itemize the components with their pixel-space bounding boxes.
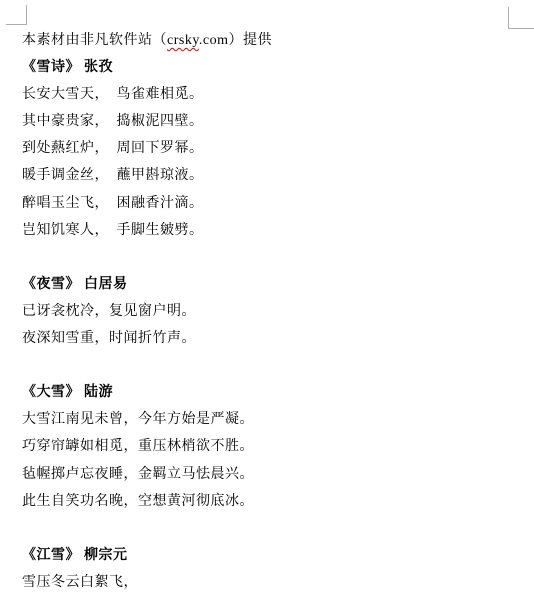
poem-line: 大雪江南见未曾，今年方始是严凝。 xyxy=(22,406,502,433)
empty-paragraph xyxy=(22,244,502,271)
poem-line: 到处爇红炉， 周回下罗幂。 xyxy=(22,135,502,162)
poem-title-xueshi: 《雪诗》 张孜 xyxy=(22,54,502,81)
poem-title-jiangxue: 《江雪》 柳宗元 xyxy=(22,542,502,569)
poem-author: 白居易 xyxy=(84,277,128,292)
text-boundary-mark-top-right xyxy=(508,7,534,29)
poem-line: 巧穿帘罅如相觅，重压林梢欲不胜。 xyxy=(22,433,502,460)
provider-url-misspelled: crsky xyxy=(167,33,199,48)
poem-title-yexue: 《夜雪》 白居易 xyxy=(22,271,502,298)
poem-title-text: 《大雪》 xyxy=(22,385,80,400)
poem-line: 已讶衾枕冷，复见窗户明。 xyxy=(22,298,502,325)
poem-line: 醉唱玉尘飞， 困融香汁滴。 xyxy=(22,190,502,217)
poem-line: 夜深知雪重，时闻折竹声。 xyxy=(22,325,502,352)
poem-title-text: 《雪诗》 xyxy=(22,60,80,75)
poem-line: 雪压冬云白絮飞， xyxy=(22,569,502,596)
poem-author: 张孜 xyxy=(84,60,113,75)
provider-url-rest: .com xyxy=(199,33,229,48)
empty-paragraph xyxy=(22,515,502,542)
poem-author: 陆游 xyxy=(84,385,113,400)
poem-author: 柳宗元 xyxy=(84,548,128,563)
provider-prefix: 本素材由非凡软件站（ xyxy=(22,33,167,48)
poem-title-daxue: 《大雪》 陆游 xyxy=(22,379,502,406)
provider-url: crsky.com xyxy=(167,33,229,48)
text-boundary-mark-top-left xyxy=(6,5,27,25)
poem-line: 此生自笑功名晚，空想黄河彻底冰。 xyxy=(22,488,502,515)
poem-line: 毡幄掷卢忘夜睡，金羁立马怯晨兴。 xyxy=(22,461,502,488)
document-content: 本素材由非凡软件站（crsky.com）提供 《雪诗》 张孜 长安大雪天， 鸟雀… xyxy=(22,27,502,596)
provider-suffix: ）提供 xyxy=(229,33,273,48)
poem-line: 岂知饥寒人， 手脚生皴劈。 xyxy=(22,217,502,244)
provider-line: 本素材由非凡软件站（crsky.com）提供 xyxy=(22,27,502,54)
poem-title-text: 《夜雪》 xyxy=(22,277,80,292)
poem-line: 长安大雪天， 鸟雀难相觅。 xyxy=(22,81,502,108)
empty-paragraph xyxy=(22,352,502,379)
poem-line: 其中豪贵家， 捣椒泥四壁。 xyxy=(22,108,502,135)
poem-title-text: 《江雪》 xyxy=(22,548,80,563)
word-document-page[interactable]: 本素材由非凡软件站（crsky.com）提供 《雪诗》 张孜 长安大雪天， 鸟雀… xyxy=(0,0,534,605)
poem-line: 暖手调金丝， 蘸甲斟琼液。 xyxy=(22,162,502,189)
